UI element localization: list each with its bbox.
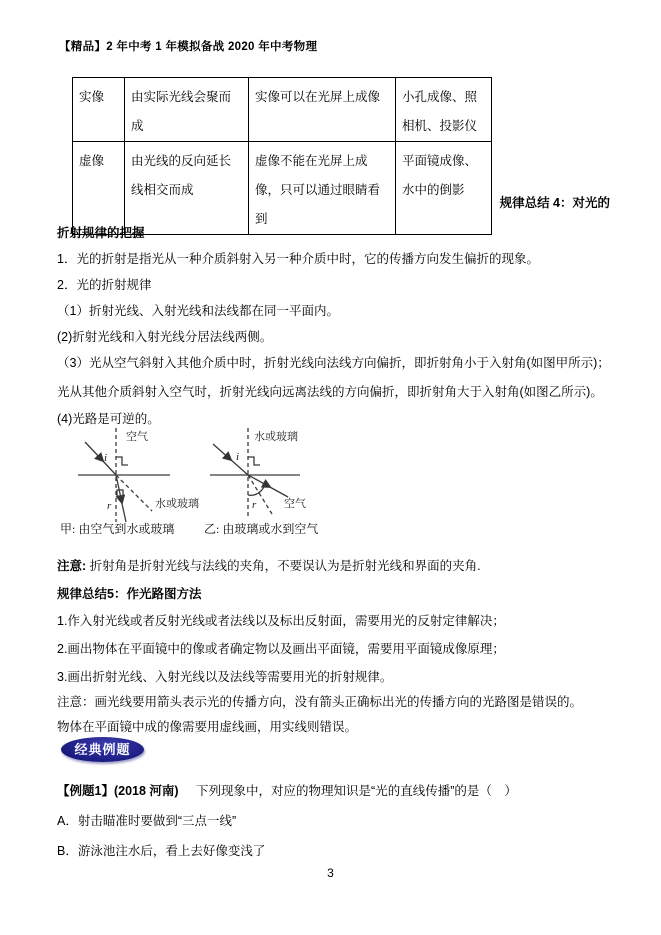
paragraph-refraction-def: 1．光的折射是指光从一种介质斜射入另一种介质中时，它的传播方向发生偏折的现象。 xyxy=(57,245,613,274)
method-item-2: 2.画出物体在平面镜中的像或者确定物以及画出平面镜，需要用平面镜成像原理； xyxy=(57,635,613,664)
paragraph-rule-1: （1）折射光线、入射光线和法线都在同一平面内。 xyxy=(57,297,613,326)
note-text: 折射角是折射光线与法线的夹角，不要误认为是折射光线和界面的夹角. xyxy=(90,559,481,573)
diagram-left-caption: 甲: 由空气到水或玻璃 xyxy=(60,521,174,536)
paragraph-rule-2: (2)折射光线和入射光线分居法线两侧。 xyxy=(57,323,613,352)
page-number: 3 xyxy=(0,866,661,880)
angle-mark xyxy=(248,457,260,465)
diagram-left-top-label: 空气 xyxy=(126,429,148,443)
paragraph-rule-3: （3）光从空气斜射入其他介质中时，折射光线向法线方向偏折，即折射角小于入射角(如… xyxy=(57,349,613,407)
note-label: 注意: xyxy=(57,559,86,573)
example-1-option-b: B．游泳池注水后，看上去好像变浅了 xyxy=(57,837,613,866)
incident-ray xyxy=(213,444,231,460)
refracted-ray xyxy=(121,499,126,522)
table-cell: 小孔成像、照相机、投影仪 xyxy=(396,78,492,142)
incident-angle-label: i xyxy=(104,452,107,464)
angle-arc xyxy=(248,485,265,495)
method-item-1: 1.作入射光线或者反射光线或者法线以及标出反射面，需要用光的反射定律解决； xyxy=(57,607,613,636)
classic-example-badge: 经典例题 xyxy=(61,737,144,762)
document-header: 【精品】2 年中考 1 年模拟备战 2020 年中考物理 xyxy=(59,38,317,54)
diagram-right-caption: 乙: 由玻璃或水到空气 xyxy=(204,521,318,536)
summary5-heading: 规律总结5：作光路图方法 xyxy=(57,580,613,609)
document-page: 【精品】2 年中考 1 年模拟备战 2020 年中考物理 实像 由实际光线会聚而… xyxy=(0,0,661,935)
summary4-heading-line2: 折射规律的把握 xyxy=(57,219,613,248)
paragraph-refraction-law: 2．光的折射规律 xyxy=(57,271,613,300)
diagram-right-top-label: 水或玻璃 xyxy=(254,429,298,443)
example-1-title: 【例题1】(2018 河南) xyxy=(57,784,179,798)
example-1-question: 【例题1】(2018 河南) 下列现象中，对应的物理知识是“光的直线传播”的是（… xyxy=(57,777,613,806)
angle-mark xyxy=(116,457,128,465)
incident-ray xyxy=(85,442,103,461)
refracted-ray xyxy=(268,486,288,497)
table-cell: 由实际光线会聚而成 xyxy=(125,78,249,142)
example-1-option-a: A．射击瞄准时要做到“三点一线” xyxy=(57,807,613,836)
note-refraction-angle: 注意: 折射角是折射光线与法线的夹角，不要误认为是折射光线和界面的夹角. xyxy=(57,552,613,581)
refraction-diagram: 空气 i r 水或玻璃 甲: 由空气到水或玻璃 水或玻璃 i r 空气 乙: 由… xyxy=(58,422,358,542)
diagram-right-bottom-label: 空气 xyxy=(284,496,306,510)
summary4-heading-line1: 规律总结 4：对光的 xyxy=(57,193,610,211)
incident-angle-label: i xyxy=(236,451,239,463)
example-1-stem: 下列现象中，对应的物理知识是“光的直线传播”的是（ ） xyxy=(196,784,517,798)
table-row: 实像 由实际光线会聚而成 实像可以在光屏上成像 小孔成像、照相机、投影仪 xyxy=(73,78,492,142)
diagram-left-bottom-label: 水或玻璃 xyxy=(155,496,199,510)
refraction-angle-label: r xyxy=(107,500,112,512)
table-cell: 实像可以在光屏上成像 xyxy=(249,78,396,142)
refracted-ray xyxy=(248,475,270,487)
refracted-ray xyxy=(116,475,122,503)
image-types-table: 实像 由实际光线会聚而成 实像可以在光屏上成像 小孔成像、照相机、投影仪 虚像 … xyxy=(72,77,492,235)
refraction-angle-label: r xyxy=(252,499,257,511)
table-cell: 实像 xyxy=(73,78,125,142)
note-dashed-image: 物体在平面镜中成的像需要用虚线画，用实线则错误。 xyxy=(57,713,613,742)
continuation-ray xyxy=(116,475,152,511)
